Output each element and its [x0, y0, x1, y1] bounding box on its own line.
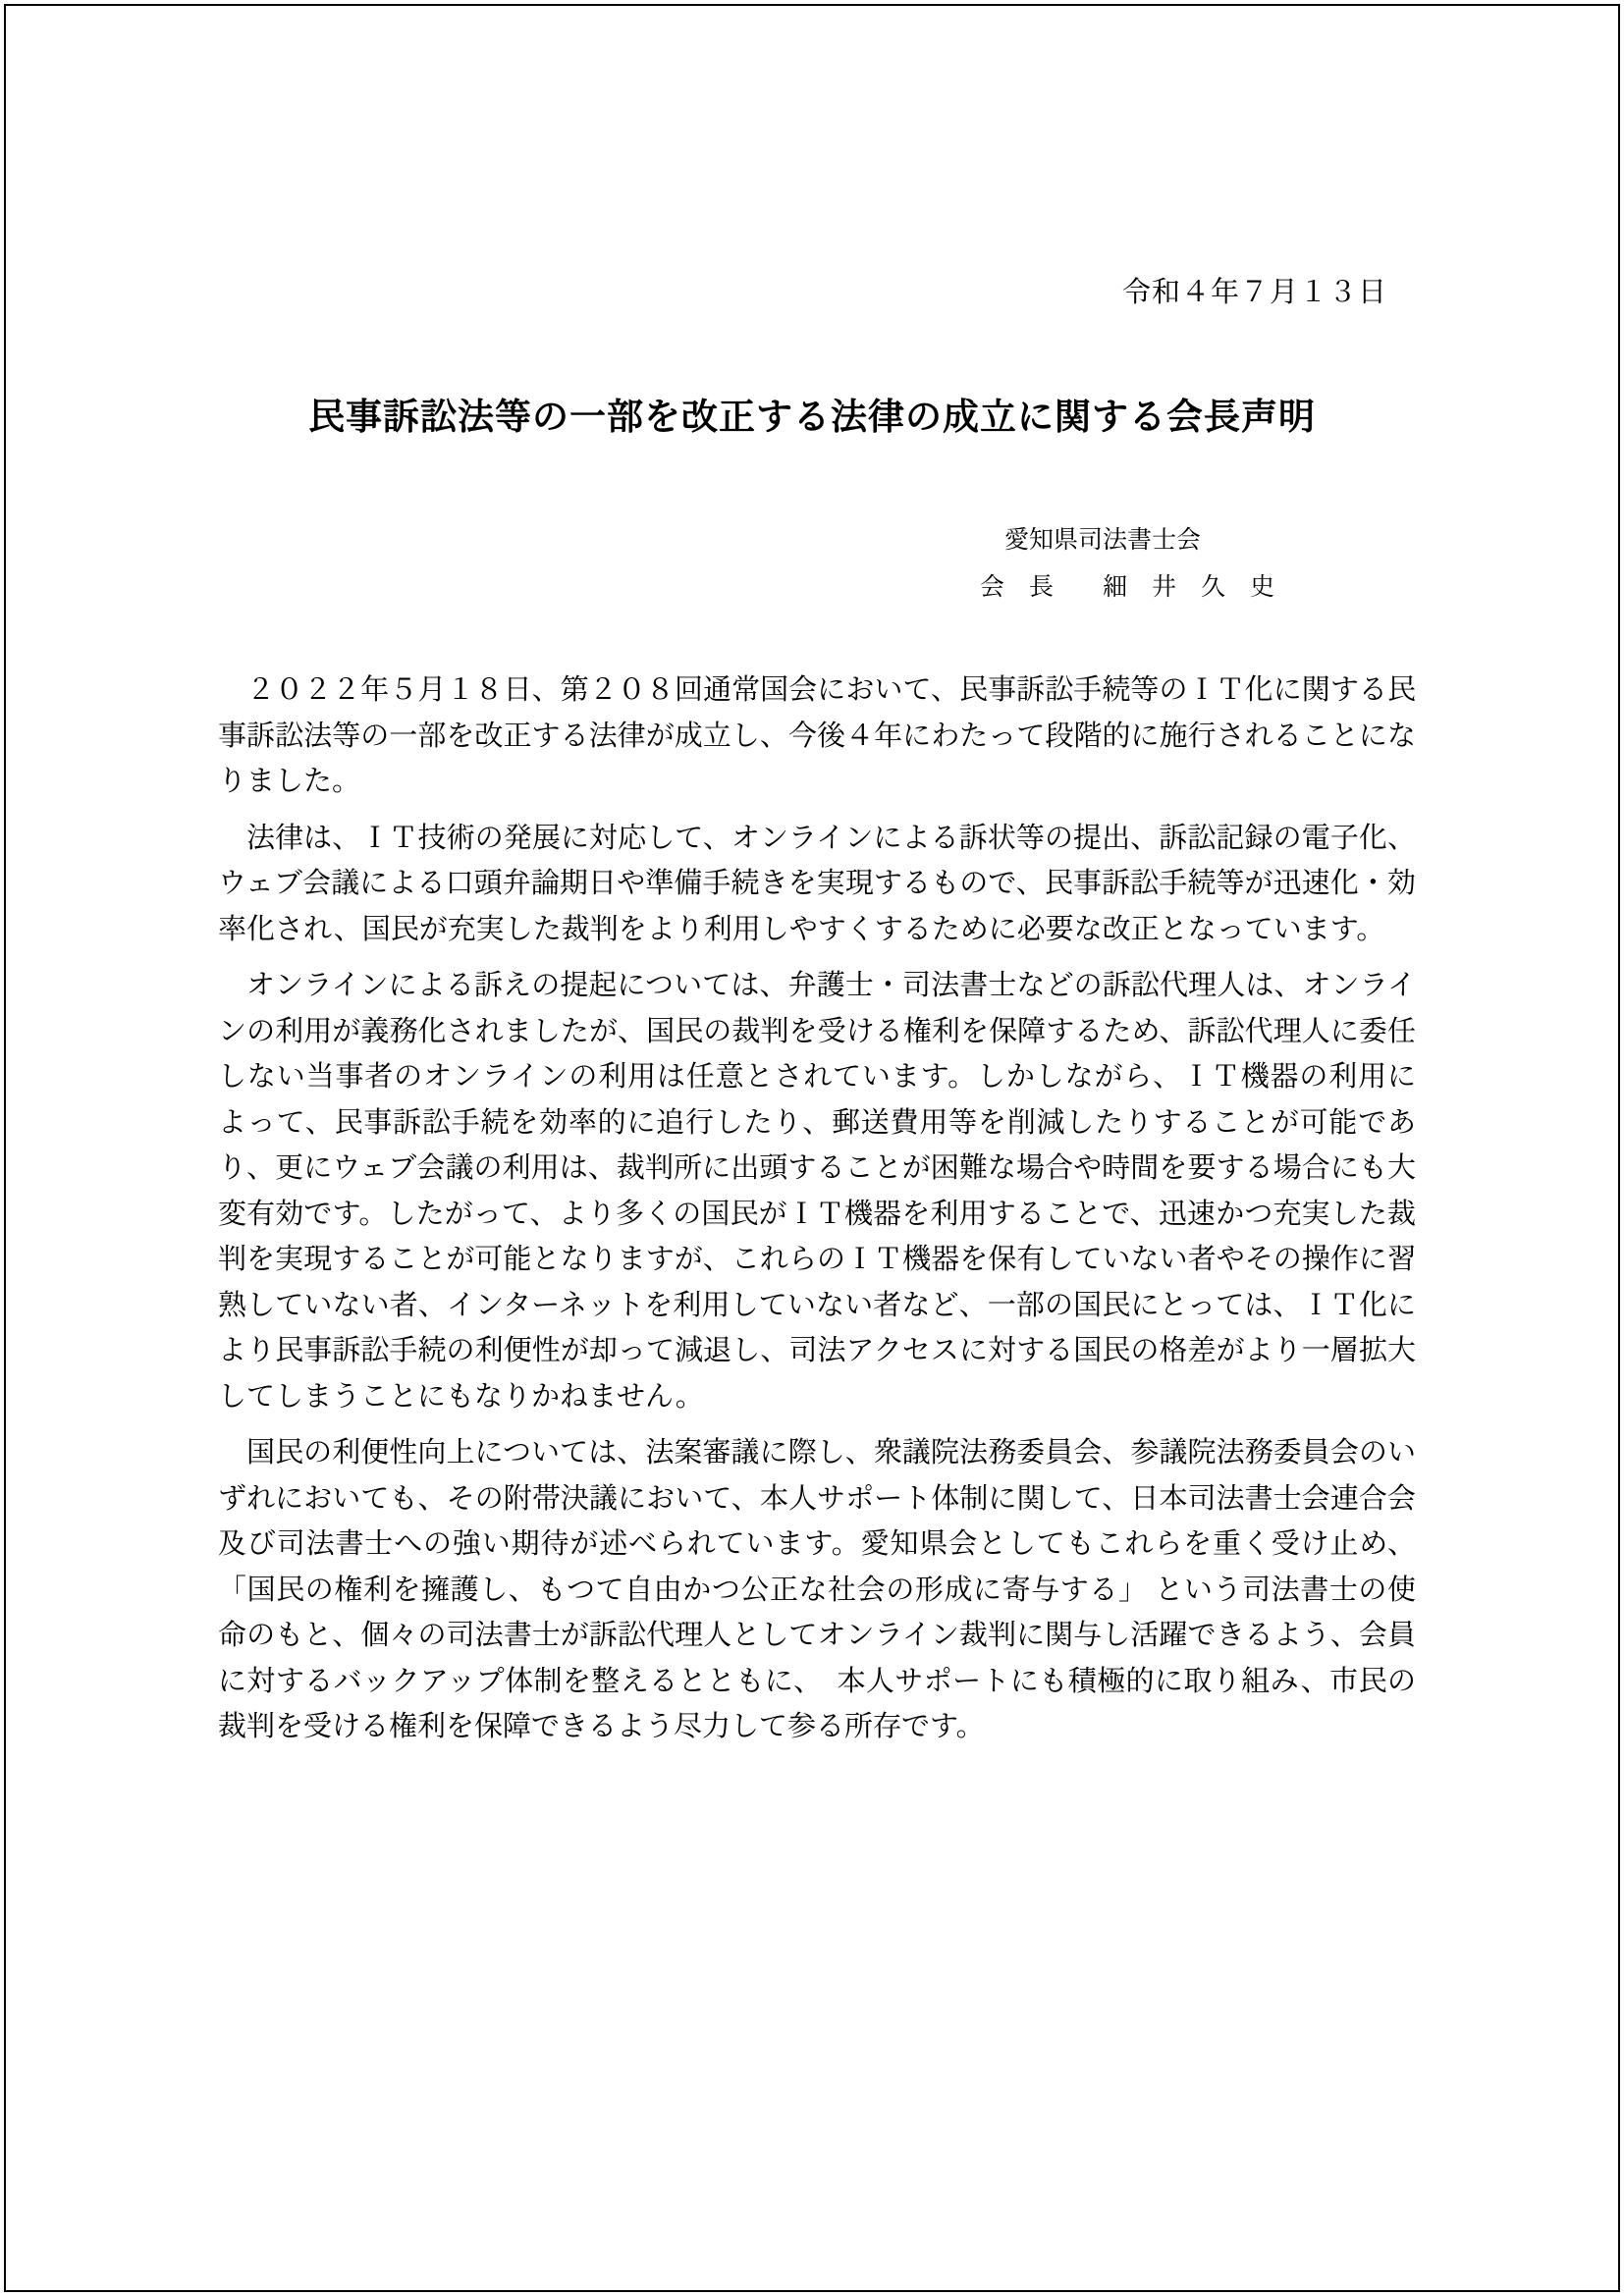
page-title: 民事訴訟法等の一部を改正する法律の成立に関する会長声明: [0, 396, 1624, 441]
paragraph: 国民の利便性向上については、法案審議に際し、衆議院法務委員会、参議院法務委員会の…: [218, 1430, 1416, 1750]
paragraph: 法律は、ＩＴ技術の発展に対応して、オンラインによる訴状等の提出、訴訟記録の電子化…: [218, 816, 1416, 953]
document-body: ２０２２年５月１８日、第２０８回通常国会において、民事訴訟手続等のＩＴ化に関する…: [218, 667, 1416, 1750]
signature-signer: 会 長 細 井 久 史: [980, 564, 1274, 612]
paragraph: オンラインによる訴えの提起については、弁護士・司法書士などの訴訟代理人は、オンラ…: [218, 963, 1416, 1419]
paragraph: ２０２２年５月１８日、第２０８回通常国会において、民事訴訟手続等のＩＴ化に関する…: [218, 667, 1416, 805]
signature-organization: 愛知県司法書士会: [980, 517, 1274, 564]
document-page: 令和４年７月１３日 民事訴訟法等の一部を改正する法律の成立に関する会長声明 愛知…: [0, 0, 1624, 2296]
signature-block: 愛知県司法書士会 会 長 細 井 久 史: [980, 517, 1274, 612]
document-date: 令和４年７月１３日: [1122, 275, 1387, 310]
